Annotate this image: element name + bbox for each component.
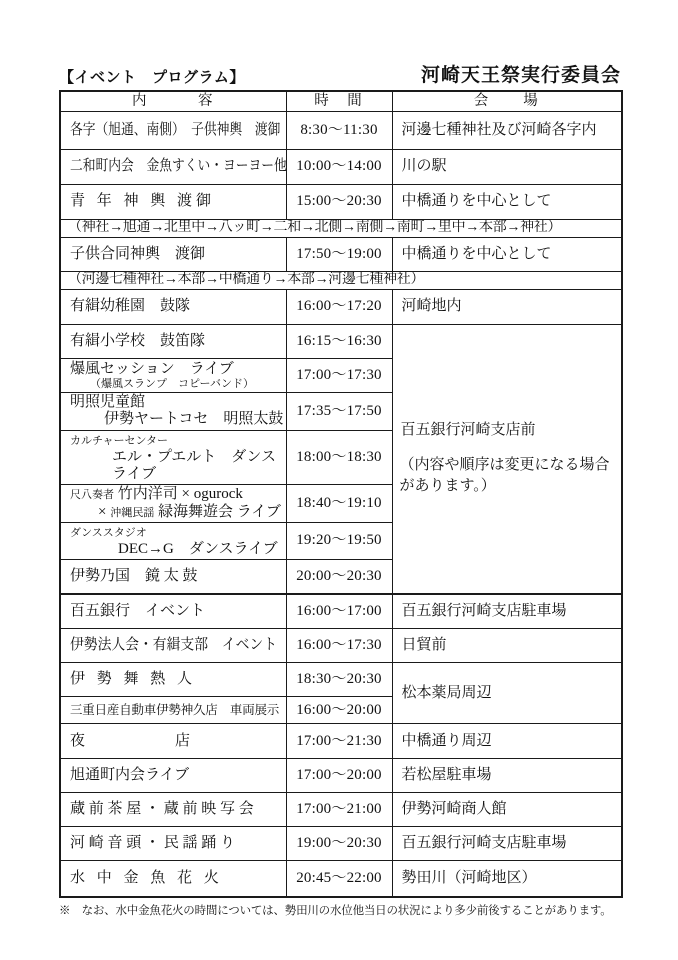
event-time-cell: 17:00〜20:00 — [286, 759, 392, 793]
event-content-cell: 夜 店 — [60, 724, 286, 759]
table-row: 子供合同神輿 渡御 17:50〜19:00 中橋通りを中心として — [60, 238, 622, 272]
event-time-cell: 17:00〜21:30 — [286, 724, 392, 759]
table-row: 旭通町内会ライブ 17:00〜20:00 若松屋駐車場 — [60, 759, 622, 793]
event-content-cell: 明照児童館 伊勢ヤートコセ 明照太鼓 — [60, 393, 286, 431]
event-venue-cell: 河崎地内 — [392, 290, 622, 325]
event-venue-cell: 若松屋駐車場 — [392, 759, 622, 793]
event-content-cell: 伊勢乃国 鏡 太 鼓 — [60, 560, 286, 594]
table-row: 青 年 神 輿 渡御 15:00〜20:30 中橋通りを中心として — [60, 185, 622, 220]
table-row: 夜 店 17:00〜21:30 中橋通り周辺 — [60, 724, 622, 759]
table-row: 伊 勢 舞 熱 人 18:30〜20:30 松本薬局周辺 — [60, 663, 622, 697]
event-venue-cell: 百五銀行河崎支店駐車場 — [392, 827, 622, 861]
event-time-cell: 17:35〜17:50 — [286, 393, 392, 431]
event-time-cell: 19:20〜19:50 — [286, 522, 392, 560]
event-time-cell: 16:00〜17:20 — [286, 290, 392, 325]
event-venue-cell: 百五銀行河崎支店駐車場 — [392, 594, 622, 629]
event-venue-cell: 中橋通りを中心として — [392, 238, 622, 272]
event-time-cell: 18:30〜20:30 — [286, 663, 392, 697]
page-title: 【イベント プログラム】 — [59, 66, 245, 87]
footnote: ※ なお、水中金魚花火の時間については、勢田川の水位他当日の状況により多少前後す… — [59, 902, 621, 918]
merged-venue-name: 百五銀行河崎支店前 — [401, 422, 616, 439]
event-time-cell: 16:00〜17:30 — [286, 629, 392, 663]
event-content-cell: 旭通町内会ライブ — [60, 759, 286, 793]
table-row: 伊勢法人会・有緝支部 イベント 16:00〜17:30 日貿前 — [60, 629, 622, 663]
event-content-cell: 三重日産自動車伊勢神久店 車両展示 — [60, 697, 286, 724]
event-time-cell: 17:00〜21:00 — [286, 793, 392, 827]
merged-venue-note: （内容や順序は変更になる場合があります。） — [400, 455, 616, 496]
title-bar: 【イベント プログラム】 河崎天王祭実行委員会 — [59, 60, 621, 87]
event-content-cell: 河 崎 音 頭 ・ 民 謡 踊 り — [60, 827, 286, 861]
event-time-cell: 17:00〜17:30 — [286, 359, 392, 393]
table-row: 各字（旭通、南側） 子供神輿 渡御 8:30〜11:30 河邊七種神社及び河崎各… — [60, 112, 622, 150]
event-content-cell: 二和町内会 金魚すくい・ヨーヨー他 — [60, 150, 286, 185]
committee-title: 河崎天王祭実行委員会 — [421, 60, 621, 87]
event-venue-cell: 伊勢河崎商人館 — [392, 793, 622, 827]
event-content-cell: ダンススタジオ DEC→G ダンスライブ — [60, 522, 286, 560]
event-content-cell: 各字（旭通、南側） 子供神輿 渡御 — [60, 112, 286, 150]
table-row: 有緝小学校 鼓笛隊 16:15〜16:30 百五銀行河崎支店前 （内容や順序は変… — [60, 325, 622, 359]
merged-venue-cell: 百五銀行河崎支店前 （内容や順序は変更になる場合があります。） — [392, 325, 622, 594]
event-time-cell: 17:50〜19:00 — [286, 238, 392, 272]
header-row: 内 容 時 間 会 場 — [60, 91, 622, 112]
table-row: 百五銀行 イベント 16:00〜17:00 百五銀行河崎支店駐車場 — [60, 594, 622, 629]
event-venue-cell: 川の駅 — [392, 150, 622, 185]
parade-route: （神社→旭通→北里中→八ッ町→二和→北側→南側→南町→里中→本部→神社） — [60, 220, 622, 238]
event-content-cell: 青 年 神 輿 渡御 — [60, 185, 286, 220]
col-header-venue: 会 場 — [392, 91, 622, 112]
event-time-cell: 16:15〜16:30 — [286, 325, 392, 359]
event-content-cell: 有緝小学校 鼓笛隊 — [60, 325, 286, 359]
event-content-cell: 爆風セッション ライブ （爆風スランプ コピーバンド） — [60, 359, 286, 393]
event-venue-cell: 中橋通り周辺 — [392, 724, 622, 759]
event-content-cell: 百五銀行 イベント — [60, 594, 286, 629]
event-content-cell: 蔵 前 茶 屋 ・ 蔵 前 映 写 会 — [60, 793, 286, 827]
table-row: 有緝幼稚園 鼓隊 16:00〜17:20 河崎地内 — [60, 290, 622, 325]
event-time-cell: 19:00〜20:30 — [286, 827, 392, 861]
event-time-cell: 18:40〜19:10 — [286, 485, 392, 523]
event-content-cell: 子供合同神輿 渡御 — [60, 238, 286, 272]
route-row: （神社→旭通→北里中→八ッ町→二和→北側→南側→南町→里中→本部→神社） — [60, 220, 622, 238]
event-content-cell: カルチャーセンター エル・プエルト ダンスライブ — [60, 430, 286, 485]
event-content-cell: 伊 勢 舞 熱 人 — [60, 663, 286, 697]
event-content-cell: 尺八奏者 竹内洋司 × ogurock × 沖縄民謡 緑海舞遊会 ライブ — [60, 485, 286, 523]
event-time-cell: 16:00〜20:00 — [286, 697, 392, 724]
parade-route: （河邊七種神社→本部→中橋通り→本部→河邊七種神社） — [60, 272, 622, 290]
event-venue-cell: 河邊七種神社及び河崎各字内 — [392, 112, 622, 150]
event-content-cell: 水 中 金 魚 花 火 — [60, 861, 286, 897]
event-time-cell: 18:00〜18:30 — [286, 430, 392, 485]
table-row: 蔵 前 茶 屋 ・ 蔵 前 映 写 会 17:00〜21:00 伊勢河崎商人館 — [60, 793, 622, 827]
document-page: 【イベント プログラム】 河崎天王祭実行委員会 内 容 時 間 会 場 各字（旭… — [0, 0, 678, 960]
event-time-cell: 15:00〜20:30 — [286, 185, 392, 220]
event-venue-cell: 中橋通りを中心として — [392, 185, 622, 220]
route-row: （河邊七種神社→本部→中橋通り→本部→河邊七種神社） — [60, 272, 622, 290]
event-time-cell: 10:00〜14:00 — [286, 150, 392, 185]
event-venue-cell: 松本薬局周辺 — [392, 663, 622, 724]
event-time-cell: 20:00〜20:30 — [286, 560, 392, 594]
event-content-cell: 有緝幼稚園 鼓隊 — [60, 290, 286, 325]
program-table: 内 容 時 間 会 場 各字（旭通、南側） 子供神輿 渡御 8:30〜11:30… — [59, 90, 623, 898]
event-venue-cell: 勢田川（河崎地区） — [392, 861, 622, 897]
event-time-cell: 16:00〜17:00 — [286, 594, 392, 629]
col-header-time: 時 間 — [286, 91, 392, 112]
event-content-cell: 伊勢法人会・有緝支部 イベント — [60, 629, 286, 663]
table-row: 水 中 金 魚 花 火 20:45〜22:00 勢田川（河崎地区） — [60, 861, 622, 897]
table-row: 河 崎 音 頭 ・ 民 謡 踊 り 19:00〜20:30 百五銀行河崎支店駐車… — [60, 827, 622, 861]
col-header-content: 内 容 — [60, 91, 286, 112]
event-time-cell: 8:30〜11:30 — [286, 112, 392, 150]
event-time-cell: 20:45〜22:00 — [286, 861, 392, 897]
table-row: 二和町内会 金魚すくい・ヨーヨー他 10:00〜14:00 川の駅 — [60, 150, 622, 185]
event-venue-cell: 日貿前 — [392, 629, 622, 663]
